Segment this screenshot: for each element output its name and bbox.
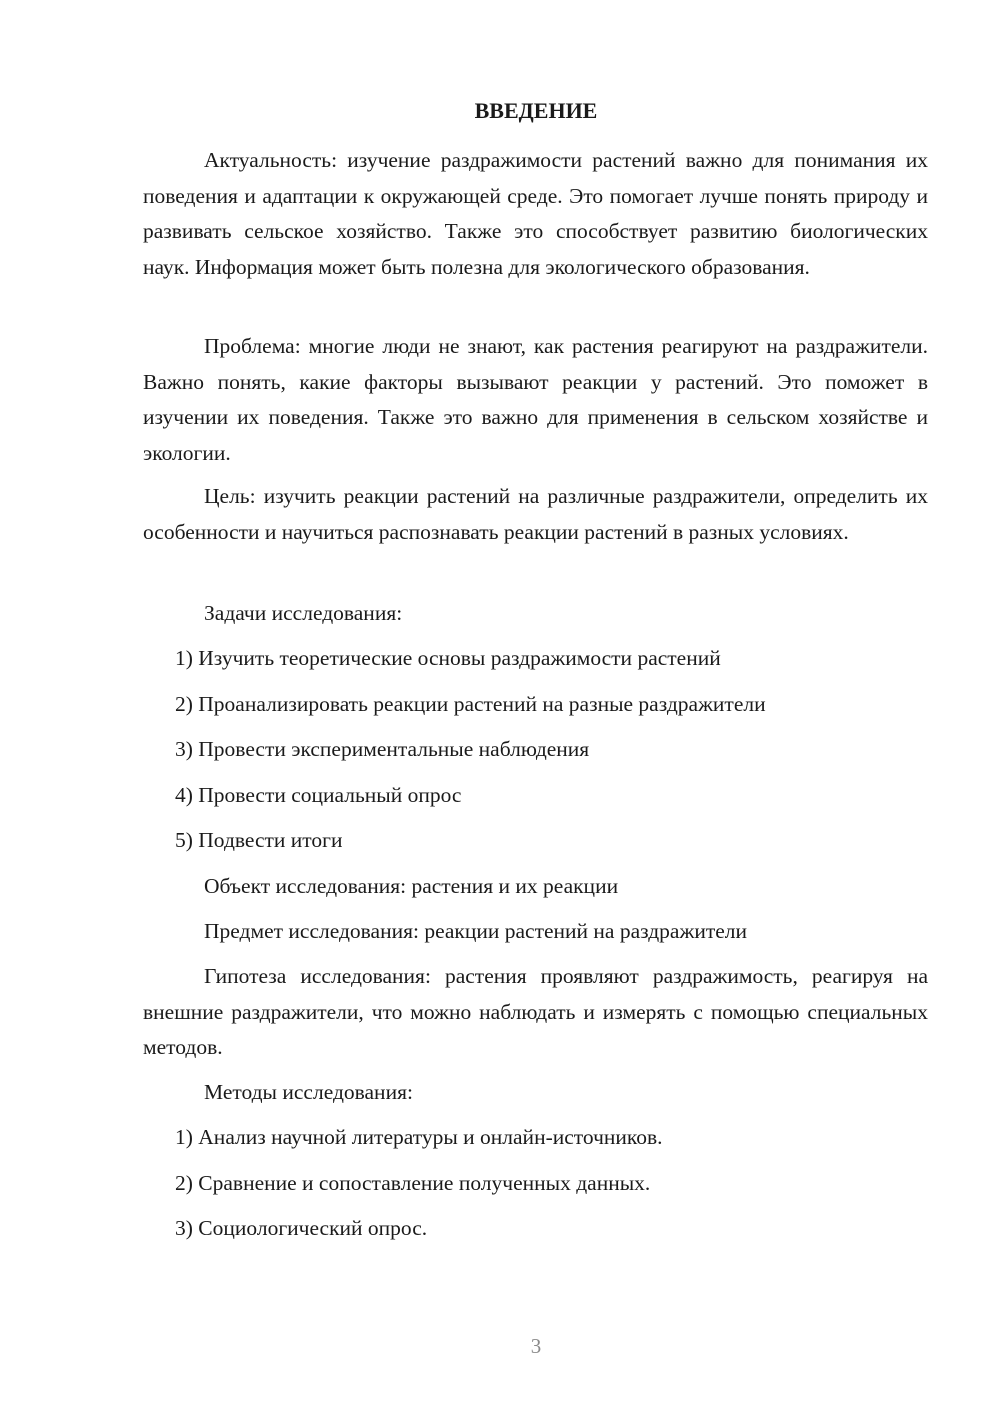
task-item: 1) Изучить теоретические основы раздражи… [175,643,721,673]
goal-paragraph: Цель: изучить реакции растений на различ… [143,479,928,550]
task-item: 4) Провести социальный опрос [175,780,461,810]
problem-paragraph: Проблема: многие люди не знают, как раст… [143,329,928,471]
document-page: ВВЕДЕНИЕ Актуальность: изучение раздражи… [0,0,1000,1414]
page-title: ВВЕДЕНИЕ [0,96,1000,126]
method-item: 1) Анализ научной литературы и онлайн-ис… [175,1122,663,1152]
method-item: 2) Сравнение и сопоставление полученных … [175,1168,650,1198]
methods-heading: Методы исследования: [204,1077,413,1107]
method-item: 3) Социологический опрос. [175,1213,427,1243]
relevance-paragraph: Актуальность: изучение раздражимости рас… [143,143,928,285]
subject-line: Предмет исследования: реакции растений н… [204,916,747,946]
object-line: Объект исследования: растения и их реакц… [204,871,618,901]
task-item: 3) Провести экспериментальные наблюдения [175,734,589,764]
tasks-heading: Задачи исследования: [204,598,402,628]
page-number: 3 [0,1334,1000,1359]
task-item: 2) Проанализировать реакции растений на … [175,689,766,719]
hypothesis-paragraph: Гипотеза исследования: растения проявляю… [143,959,928,1066]
task-item: 5) Подвести итоги [175,825,343,855]
